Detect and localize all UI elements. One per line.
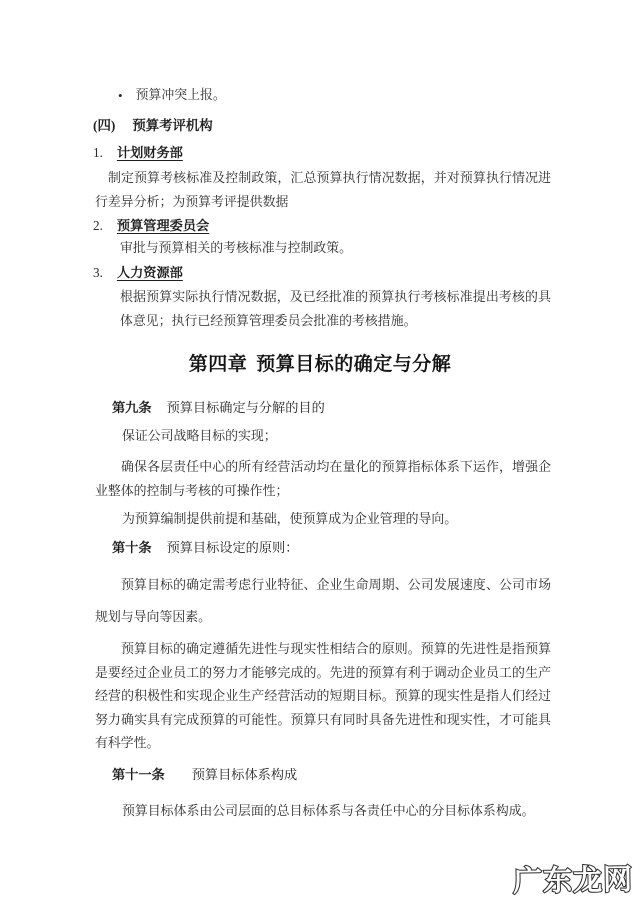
document-page: • 预算冲突上报。 (四)预算考评机构 1.计划财务部 制定预算考核标准及控制政…	[0, 0, 640, 906]
article-label: 第十一条	[112, 767, 165, 782]
section-number: (四)	[93, 118, 115, 133]
article-heading: 第十一条预算目标体系构成	[112, 763, 297, 787]
org-heading: 1.计划财务部	[93, 141, 183, 165]
org-description: 根据预算实际执行情况数据，及已经批准的预算执行考核标准提出考核的具体意见；执行已…	[120, 286, 551, 333]
org-heading: 3.人力资源部	[93, 261, 183, 285]
bullet-icon: •	[118, 84, 123, 108]
org-name: 预算管理委员会	[117, 218, 209, 233]
org-heading: 2.预算管理委员会	[93, 214, 209, 238]
org-name: 计划财务部	[117, 145, 183, 160]
article-label: 第十条	[112, 540, 152, 555]
bullet-item: • 预算冲突上报。	[95, 84, 226, 108]
article-heading: 第十条预算目标设定的原则：	[112, 536, 298, 560]
chapter-title: 预算目标的确定与分解	[256, 354, 451, 375]
org-number: 2.	[93, 218, 103, 233]
paragraph: 保证公司战略目标的实现；	[95, 425, 551, 449]
paragraph: 确保各层责任中心的所有经营活动均在量化的预算指标体系下运作，增强企业整体的控制与…	[95, 456, 551, 503]
article-title: 预算目标确定与分解的目的	[167, 400, 325, 415]
paragraph: 预算目标的确定需考虑行业特征、企业生命周期、公司发展速度、公司市场规划与导向等因…	[95, 569, 551, 633]
org-number: 1.	[93, 145, 103, 160]
org-description: 审批与预算相关的考核标准与控制政策。	[95, 237, 551, 261]
article-title: 预算目标设定的原则：	[167, 540, 299, 555]
section-heading: (四)预算考评机构	[93, 114, 213, 138]
article-title: 预算目标体系构成	[192, 767, 298, 782]
section-title: 预算考评机构	[132, 118, 212, 133]
bullet-item-text: 预算冲突上报。	[136, 84, 226, 108]
watermark-logo: 广东龙网	[513, 857, 634, 900]
paragraph: 预算目标体系由公司层面的总目标体系与各责任中心的分目标体系构成。	[95, 800, 551, 824]
org-number: 3.	[93, 265, 103, 280]
paragraph: 为预算编制提供前提和基础，使预算成为企业管理的导向。	[95, 508, 551, 532]
org-description: 制定预算考核标准及控制政策，汇总预算执行情况数据，并对预算执行情况进行差异分析；…	[95, 167, 551, 214]
article-label: 第九条	[112, 400, 152, 415]
org-name: 人力资源部	[117, 265, 183, 280]
paragraph: 预算目标的确定遵循先进性与现实性相结合的原则。预算的先进性是指预算是要经过企业员…	[95, 638, 551, 756]
chapter-heading: 第四章预算目标的确定与分解	[0, 351, 640, 379]
chapter-number: 第四章	[189, 354, 248, 375]
article-heading: 第九条预算目标确定与分解的目的	[112, 396, 325, 420]
